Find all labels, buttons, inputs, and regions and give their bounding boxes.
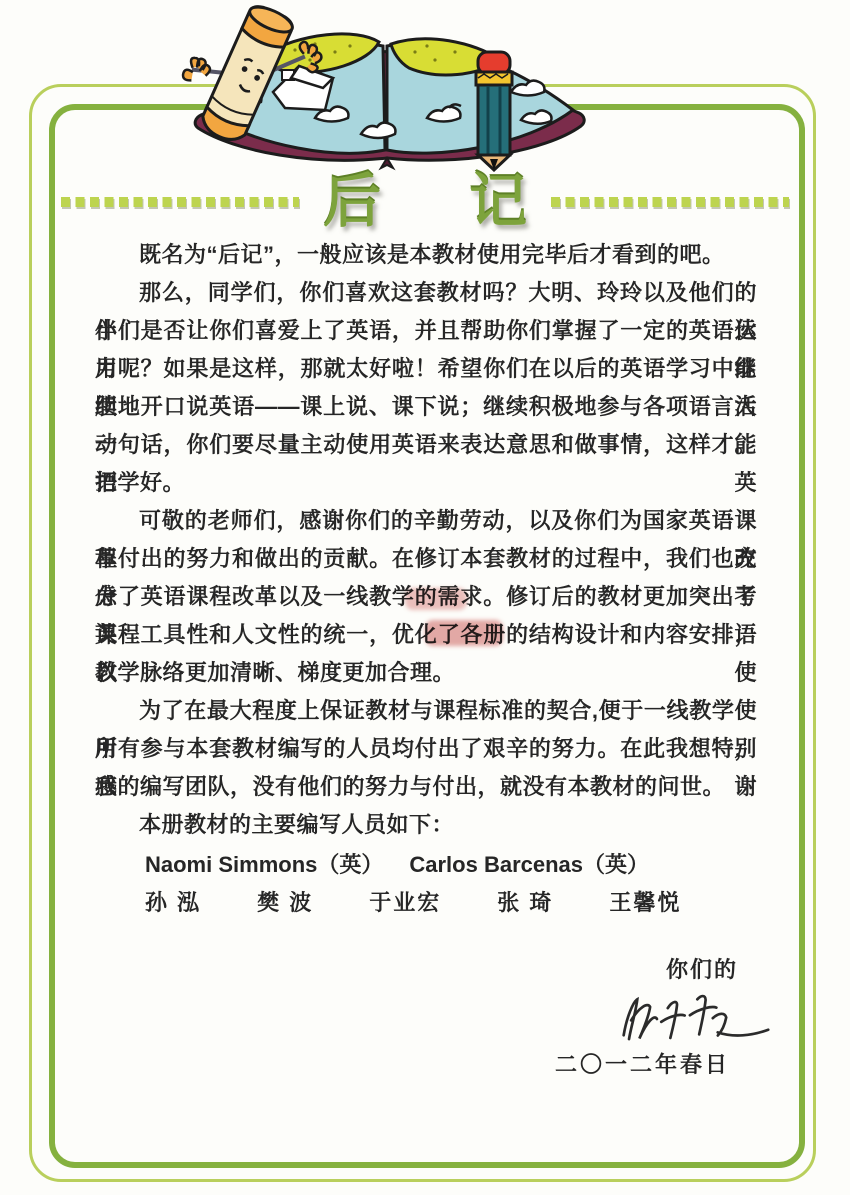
body-line: 课程工具性和人文性的统一，优化了各册的结构设计和内容安排，以使 [95,616,757,654]
author-name: 王馨悦 [609,886,681,917]
body-line: 可敬的老师们，感谢你们的辛勤劳动，以及你们为国家英语课程改 [95,502,757,540]
afterword-page: 后 记 既名为“后记”，一般应该是本教材使用完毕后才看到的吧。 那么，同学们，你… [0,0,850,1195]
author-name: Naomi Simmons（英） [145,848,383,879]
body-line: 所有参与本套教材编写的人员均付出了艰辛的努力。在此我想特别感谢 [95,730,757,768]
page-title: 后 记 [323,173,563,231]
body-line: 我的编写团队，没有他们的努力与付出，就没有本教材的问世。 [95,768,757,806]
authors-chinese-row: 孙 泓 樊 波 于业宏 张 琦 王馨悦 [95,882,757,920]
body-line: 本册教材的主要编写人员如下： [95,806,757,844]
header-illustration [165,0,610,172]
author-name: Carlos Barcenas（英） [409,848,649,879]
body-line: 那么，同学们，你们喜欢这套教材吗？大明、玲玲以及他们的小伙 [95,274,757,312]
title-row: 后 记 [0,162,850,242]
title-dash-rule-right [551,197,789,207]
author-name: 樊 波 [257,886,313,917]
author-name: 于业宏 [369,886,441,917]
pencil-icon [476,52,512,170]
author-name: 孙 泓 [145,886,201,917]
closing-salutation: 你们的 [666,953,738,984]
body-line: 革付出的努力和做出的贡献。在修订本套教材的过程中，我们也充分考 [95,540,757,578]
body-line: 力呢？如果是这样，那就太好啦！希望你们在以后的英语学习中继续大 [95,350,757,388]
body-text: 既名为“后记”，一般应该是本教材使用完毕后才看到的吧。 那么，同学们，你们喜欢这… [95,236,757,920]
body-line: 伴们是否让你们喜爱上了英语，并且帮助你们掌握了一定的英语运用能 [95,312,757,350]
author-name: 张 琦 [497,886,553,917]
body-line: 一句话，你们要尽量主动使用英语来表达意思和做事情，这样才能把英 [95,426,757,464]
signature-handwriting [612,980,775,1050]
body-line: 虑了英语课程改革以及一线教学的需求。修订后的教材更加突出了英语 [95,578,757,616]
authors-foreign-row: Naomi Simmons（英） Carlos Barcenas（英） [95,844,757,882]
body-line: 为了在最大程度上保证教材与课程标准的契合,便于一线教学使用， [95,692,757,730]
title-dash-rule-left [61,197,299,207]
body-line: 胆地开口说英语——课上说、课下说；继续积极地参与各项语言活动。 [95,388,757,426]
closing-date: 二〇一二年春日 [555,1048,730,1079]
